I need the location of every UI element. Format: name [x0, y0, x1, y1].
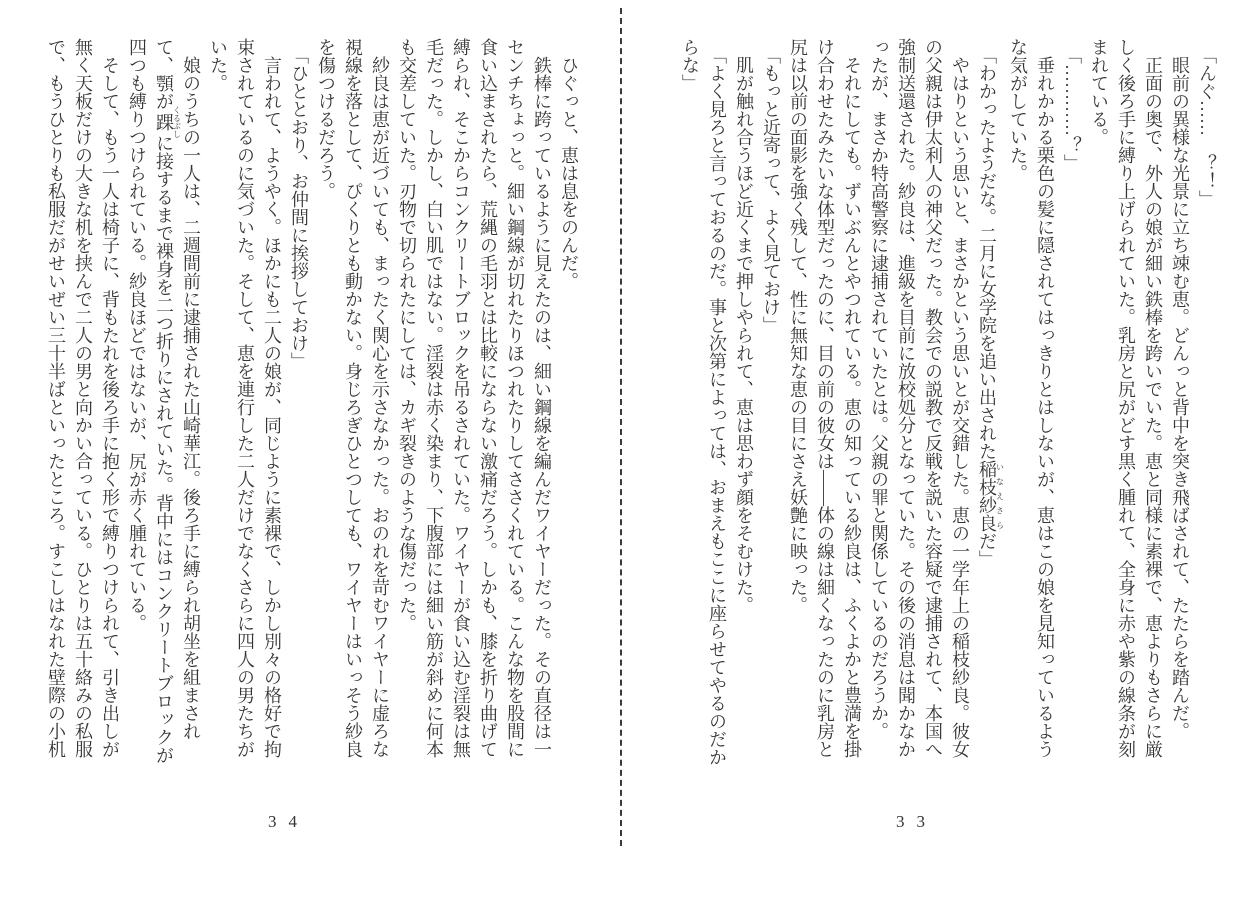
- ruby-annotated-word: 稲枝紗良いなえさら: [977, 460, 997, 532]
- ruby-annotated-word: 踝くるぶし: [154, 110, 174, 134]
- paragraph: 娘のうちの一人は、二週間前に逮捕された山崎華江。後ろ手に縛られ胡坐を組まされて、…: [123, 38, 204, 768]
- page-33: 「んぐ…… ？！」眼前の異様な光景に立ち竦む恵。どんっと背中を突き飛ばされて、た…: [625, 0, 1250, 900]
- page-divider-dashed-line: [620, 8, 622, 846]
- paragraph: 言われて、ようやく。ほかにも二人の娘が、同じように素裸で、しかし別々の格好で拘束…: [204, 38, 285, 768]
- book-spread: ひぐっと、恵は息をのんだ。鉄棒に跨っているように見えたのは、細い鋼線を編んだワイ…: [0, 0, 1250, 900]
- paragraph: 「もっと近寄って、よく見ておけ」: [757, 38, 784, 768]
- paragraph: 紗良は恵が近づいても、まったく関心を示さなかった。おのれを苛むワイヤーに虚ろな視…: [312, 38, 393, 768]
- paragraph: 垂れかかる栗色の髪に隠されてはっきりとはしないが、恵はこの娘を見知っているような…: [1004, 38, 1058, 768]
- paragraph: 「よく見ろと言っておるのだ。事と次第によっては、おまえもここに座らせてやるのだか…: [676, 38, 730, 768]
- page-34: ひぐっと、恵は息をのんだ。鉄棒に跨っているように見えたのは、細い鋼線を編んだワイ…: [0, 0, 625, 900]
- page-33-number: 33: [896, 812, 937, 832]
- page-34-number: 34: [268, 812, 309, 832]
- paragraph: 正面の奥で、外人の娘が細い鉄棒を跨いでいた。恵と同様に素裸で、恵よりもさらに厳し…: [1085, 38, 1166, 768]
- paragraph: 「んぐ…… ？！」: [1193, 38, 1220, 768]
- paragraph: 眼前の異様な光景に立ち竦む恵。どんっと背中を突き飛ばされて、たたらを踏んだ。: [1166, 38, 1193, 768]
- paragraph: 鉄棒に跨っているように見えたのは、細い鋼線を編んだワイヤーだった。その直径は一セ…: [393, 38, 555, 768]
- paragraph: 「わかったようだな。二月に女学院を追い出された稲枝紗良いなえさらだ」: [973, 38, 1004, 768]
- paragraph: やはりという思いと、まさかという思いとが交錯した。恵の一学年上の稲枝紗良。彼女の…: [865, 38, 973, 768]
- paragraph: ひぐっと、恵は息をのんだ。: [555, 38, 582, 768]
- page-33-text: 「んぐ…… ？！」眼前の異様な光景に立ち竦む恵。どんっと背中を突き飛ばされて、た…: [635, 38, 1220, 768]
- paragraph: 「…………？」: [1058, 38, 1085, 768]
- paragraph: 「ひととおり、お仲間に挨拶しておけ」: [285, 38, 312, 768]
- paragraph: それにしても。ずいぶんとやつれている。恵の知っている紗良は、ふくよかと豊満を掛け…: [784, 38, 865, 768]
- paragraph: そして、もう一人は椅子に、背もたれを後ろ手に抱く形で縛りつけられて、引き出しが無…: [42, 38, 123, 768]
- page-34-text: ひぐっと、恵は息をのんだ。鉄棒に跨っているように見えたのは、細い鋼線を編んだワイ…: [12, 38, 582, 768]
- paragraph: 肌が触れ合うほど近くまで押しやられて、恵は思わず顔をそむけた。: [730, 38, 757, 768]
